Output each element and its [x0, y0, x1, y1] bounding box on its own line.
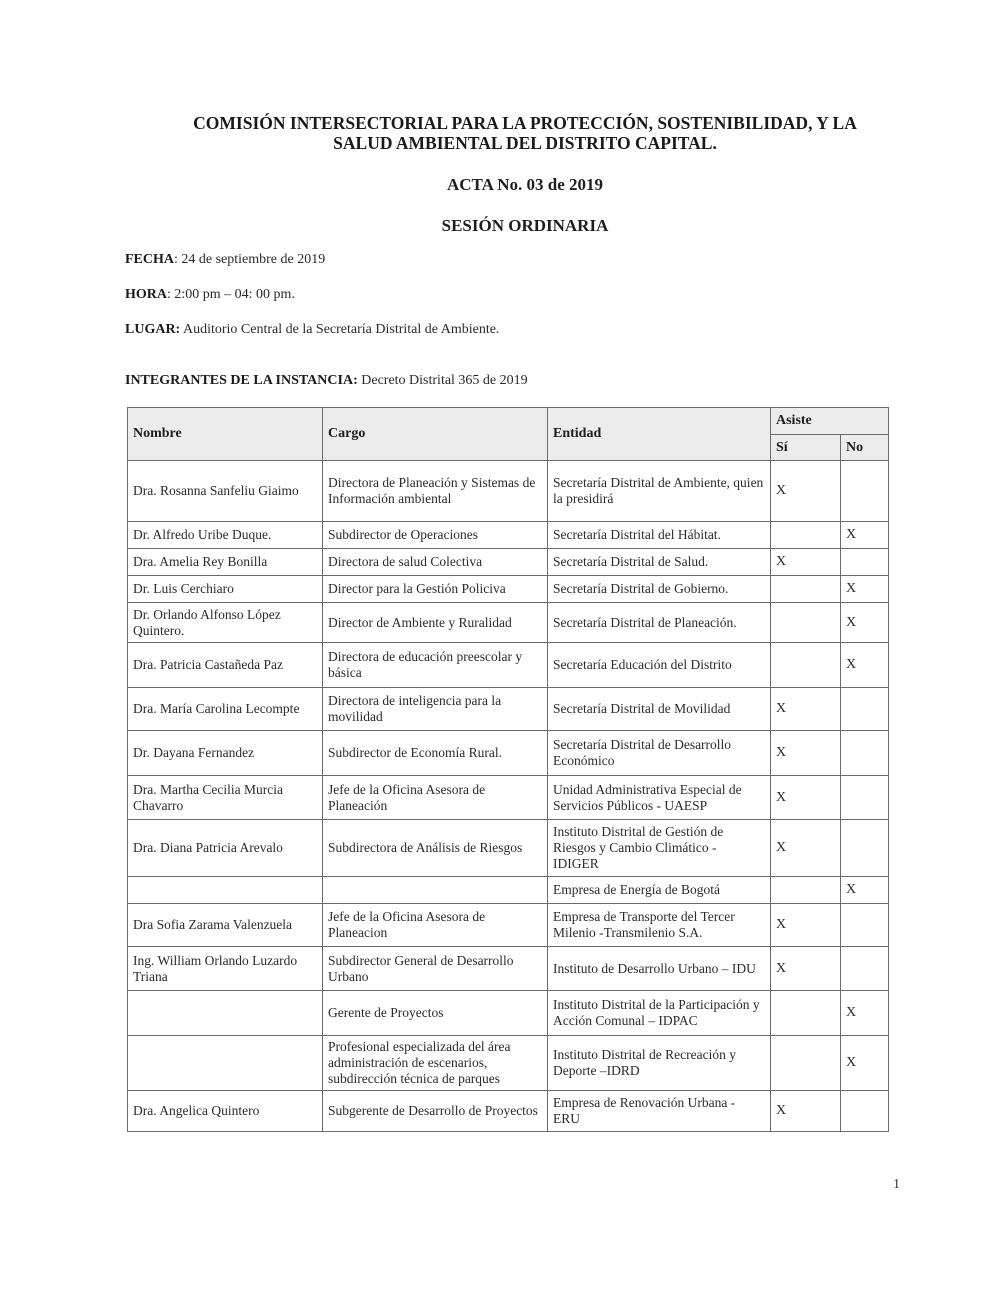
cell-no: X [841, 991, 889, 1036]
header-nombre: Nombre [128, 408, 323, 461]
cell-si: X [771, 688, 841, 731]
table-row: Dr. Alfredo Uribe Duque.Subdirector de O… [128, 522, 889, 549]
cell-si [771, 1036, 841, 1091]
cell-si [771, 522, 841, 549]
cell-cargo: Directora de Planeación y Sistemas de In… [323, 461, 548, 522]
cell-cargo: Director de Ambiente y Ruralidad [323, 603, 548, 643]
cell-si [771, 603, 841, 643]
table-row: Dr. Orlando Alfonso López Quintero.Direc… [128, 603, 889, 643]
cell-cargo: Directora de inteligencia para la movili… [323, 688, 548, 731]
fecha-line: FECHA: 24 de septiembre de 2019 [125, 252, 325, 268]
cell-si [771, 991, 841, 1036]
cell-no [841, 820, 889, 877]
cell-nombre: Dra Sofia Zarama Valenzuela [128, 904, 323, 947]
cell-entidad: Secretaría Distrital de Ambiente, quien … [548, 461, 771, 522]
cell-cargo: Jefe de la Oficina Asesora de Planeación [323, 776, 548, 820]
table-row: Dra. Patricia Castañeda PazDirectora de … [128, 643, 889, 688]
cell-entidad: Secretaría Distrital de Desarrollo Econó… [548, 731, 771, 776]
cell-cargo: Jefe de la Oficina Asesora de Planeacion [323, 904, 548, 947]
cell-nombre: Dra. Martha Cecilia Murcia Chavarro [128, 776, 323, 820]
cell-si: X [771, 904, 841, 947]
page-number: 1 [893, 1177, 900, 1193]
cell-si: X [771, 731, 841, 776]
cell-entidad: Empresa de Energía de Bogotá [548, 877, 771, 904]
cell-nombre [128, 877, 323, 904]
cell-cargo: Subgerente de Desarrollo de Proyectos [323, 1091, 548, 1132]
cell-si: X [771, 947, 841, 991]
cell-nombre: Dra. Rosanna Sanfeliu Giaimo [128, 461, 323, 522]
cell-si: X [771, 820, 841, 877]
cell-entidad: Unidad Administrativa Especial de Servic… [548, 776, 771, 820]
integrantes-line: INTEGRANTES DE LA INSTANCIA: Decreto Dis… [125, 373, 528, 389]
cell-entidad: Instituto de Desarrollo Urbano – IDU [548, 947, 771, 991]
cell-si: X [771, 549, 841, 576]
table-row: Gerente de ProyectosInstituto Distrital … [128, 991, 889, 1036]
header-cargo: Cargo [323, 408, 548, 461]
cell-cargo: Subdirector General de Desarrollo Urbano [323, 947, 548, 991]
table-row: Dra. Amelia Rey BonillaDirectora de salu… [128, 549, 889, 576]
session-type: SESIÓN ORDINARIA [0, 216, 1000, 236]
cell-entidad: Instituto Distrital de Recreación y Depo… [548, 1036, 771, 1091]
title-line-1: COMISIÓN INTERSECTORIAL PARA LA PROTECCI… [150, 113, 900, 133]
cell-entidad: Secretaría Distrital de Gobierno. [548, 576, 771, 603]
lugar-line: LUGAR: Auditorio Central de la Secretarí… [125, 322, 499, 338]
cell-no [841, 731, 889, 776]
cell-entidad: Instituto Distrital de Gestión de Riesgo… [548, 820, 771, 877]
cell-entidad: Empresa de Renovación Urbana - ERU [548, 1091, 771, 1132]
fecha-value: : 24 de septiembre de 2019 [174, 252, 325, 267]
header-asiste: Asiste [771, 408, 889, 435]
table-row: Dra. Rosanna Sanfeliu GiaimoDirectora de… [128, 461, 889, 522]
table-row: Ing. William Orlando Luzardo TrianaSubdi… [128, 947, 889, 991]
header-entidad: Entidad [548, 408, 771, 461]
hora-line: HORA: 2:00 pm – 04: 00 pm. [125, 287, 295, 303]
cell-cargo: Directora de educación preescolar y bási… [323, 643, 548, 688]
cell-nombre: Dra. Patricia Castañeda Paz [128, 643, 323, 688]
table-row: Profesional especializada del área admin… [128, 1036, 889, 1091]
cell-nombre: Dra. Diana Patricia Arevalo [128, 820, 323, 877]
cell-no [841, 947, 889, 991]
cell-no [841, 776, 889, 820]
lugar-value: Auditorio Central de la Secretaría Distr… [180, 322, 499, 337]
cell-nombre: Dra. María Carolina Lecompte [128, 688, 323, 731]
cell-nombre: Dr. Orlando Alfonso López Quintero. [128, 603, 323, 643]
cell-nombre: Ing. William Orlando Luzardo Triana [128, 947, 323, 991]
cell-cargo: Subdirector de Economía Rural. [323, 731, 548, 776]
cell-no [841, 1091, 889, 1132]
hora-label: HORA [125, 287, 167, 302]
cell-nombre: Dr. Dayana Fernandez [128, 731, 323, 776]
title-line-2: SALUD AMBIENTAL DEL DISTRITO CAPITAL. [150, 133, 900, 153]
table-row: Dra. Diana Patricia ArevaloSubdirectora … [128, 820, 889, 877]
cell-entidad: Secretaría Educación del Distrito [548, 643, 771, 688]
cell-si [771, 576, 841, 603]
table-row: Dra Sofia Zarama ValenzuelaJefe de la Of… [128, 904, 889, 947]
cell-entidad: Empresa de Transporte del Tercer Milenio… [548, 904, 771, 947]
table-row: Dra. Angelica QuinteroSubgerente de Desa… [128, 1091, 889, 1132]
cell-nombre: Dra. Angelica Quintero [128, 1091, 323, 1132]
acta-number: ACTA No. 03 de 2019 [0, 175, 1000, 195]
cell-cargo: Gerente de Proyectos [323, 991, 548, 1036]
cell-no: X [841, 1036, 889, 1091]
cell-cargo: Subdirectora de Análisis de Riesgos [323, 820, 548, 877]
table-row: Dr. Luis CerchiaroDirector para la Gesti… [128, 576, 889, 603]
table-row: Dr. Dayana FernandezSubdirector de Econo… [128, 731, 889, 776]
table-row: Empresa de Energía de BogotáX [128, 877, 889, 904]
integrantes-label: INTEGRANTES DE LA INSTANCIA: [125, 373, 358, 388]
cell-entidad: Secretaría Distrital de Planeación. [548, 603, 771, 643]
cell-nombre: Dr. Alfredo Uribe Duque. [128, 522, 323, 549]
cell-si [771, 643, 841, 688]
table-row: Dra. María Carolina LecompteDirectora de… [128, 688, 889, 731]
cell-no [841, 461, 889, 522]
integrantes-value: Decreto Distrital 365 de 2019 [358, 373, 528, 388]
cell-si: X [771, 1091, 841, 1132]
cell-cargo: Director para la Gestión Policiva [323, 576, 548, 603]
cell-no: X [841, 576, 889, 603]
cell-no: X [841, 603, 889, 643]
cell-entidad: Secretaría Distrital de Movilidad [548, 688, 771, 731]
fecha-label: FECHA [125, 252, 174, 267]
cell-no: X [841, 643, 889, 688]
cell-no [841, 904, 889, 947]
cell-cargo: Directora de salud Colectiva [323, 549, 548, 576]
cell-entidad: Instituto Distrital de la Participación … [548, 991, 771, 1036]
cell-no: X [841, 522, 889, 549]
cell-cargo: Subdirector de Operaciones [323, 522, 548, 549]
cell-no [841, 688, 889, 731]
table-row: Dra. Martha Cecilia Murcia ChavarroJefe … [128, 776, 889, 820]
cell-entidad: Secretaría Distrital de Salud. [548, 549, 771, 576]
cell-no [841, 549, 889, 576]
cell-nombre [128, 1036, 323, 1091]
cell-nombre [128, 991, 323, 1036]
hora-value: : 2:00 pm – 04: 00 pm. [167, 287, 295, 302]
header-si: Sí [771, 435, 841, 461]
header-no: No [841, 435, 889, 461]
cell-entidad: Secretaría Distrital del Hábitat. [548, 522, 771, 549]
cell-si [771, 877, 841, 904]
cell-cargo [323, 877, 548, 904]
document-title: COMISIÓN INTERSECTORIAL PARA LA PROTECCI… [150, 113, 900, 153]
cell-no: X [841, 877, 889, 904]
attendance-table: Nombre Cargo Entidad Asiste Sí No Dra. R… [127, 407, 889, 1132]
cell-si: X [771, 461, 841, 522]
cell-cargo: Profesional especializada del área admin… [323, 1036, 548, 1091]
cell-nombre: Dra. Amelia Rey Bonilla [128, 549, 323, 576]
cell-si: X [771, 776, 841, 820]
lugar-label: LUGAR: [125, 322, 180, 337]
cell-nombre: Dr. Luis Cerchiaro [128, 576, 323, 603]
